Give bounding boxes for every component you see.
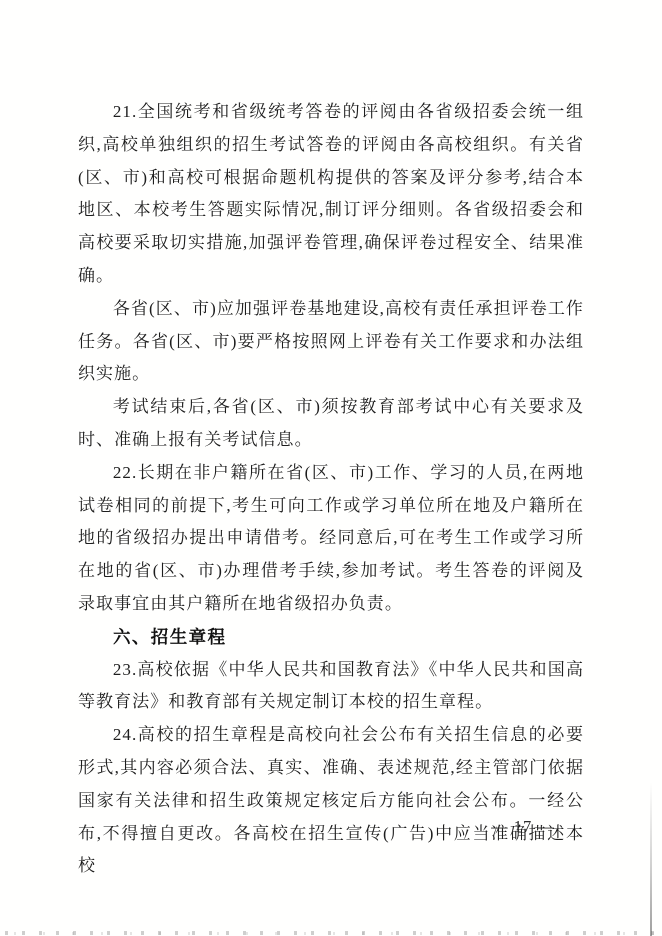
page-number: — 17 — xyxy=(478,816,568,838)
scan-noise-strip xyxy=(0,929,662,936)
document-body: 21.全国统考和省级统考答卷的评阅由各省级招委会统一组织,高校单独组织的招生考试… xyxy=(78,96,584,883)
section-heading-enrollment-regulations: 六、招生章程 xyxy=(78,621,584,654)
document-page: 21.全国统考和省级统考答卷的评阅由各省级招委会统一组织,高校单独组织的招生考试… xyxy=(0,0,662,936)
paragraph-exam-info-report: 考试结束后,各省(区、市)须按教育部考试中心有关要求及时、准确上报有关考试信息。 xyxy=(78,391,584,457)
paragraph-22: 22.长期在非户籍所在省(区、市)工作、学习的人员,在两地试卷相同的前提下,考生… xyxy=(78,457,584,621)
paragraph-grading-bases: 各省(区、市)应加强评卷基地建设,高校有责任承担评卷工作任务。各省(区、市)要严… xyxy=(78,293,584,391)
scan-edge-artifact xyxy=(650,782,652,936)
paragraph-21: 21.全国统考和省级统考答卷的评阅由各省级招委会统一组织,高校单独组织的招生考试… xyxy=(78,96,584,293)
paragraph-24: 24.高校的招生章程是高校向社会公布有关招生信息的必要形式,其内容必须合法、真实… xyxy=(78,719,584,883)
paragraph-23: 23.高校依据《中华人民共和国教育法》《中华人民共和国高等教育法》和教育部有关规… xyxy=(78,654,584,720)
